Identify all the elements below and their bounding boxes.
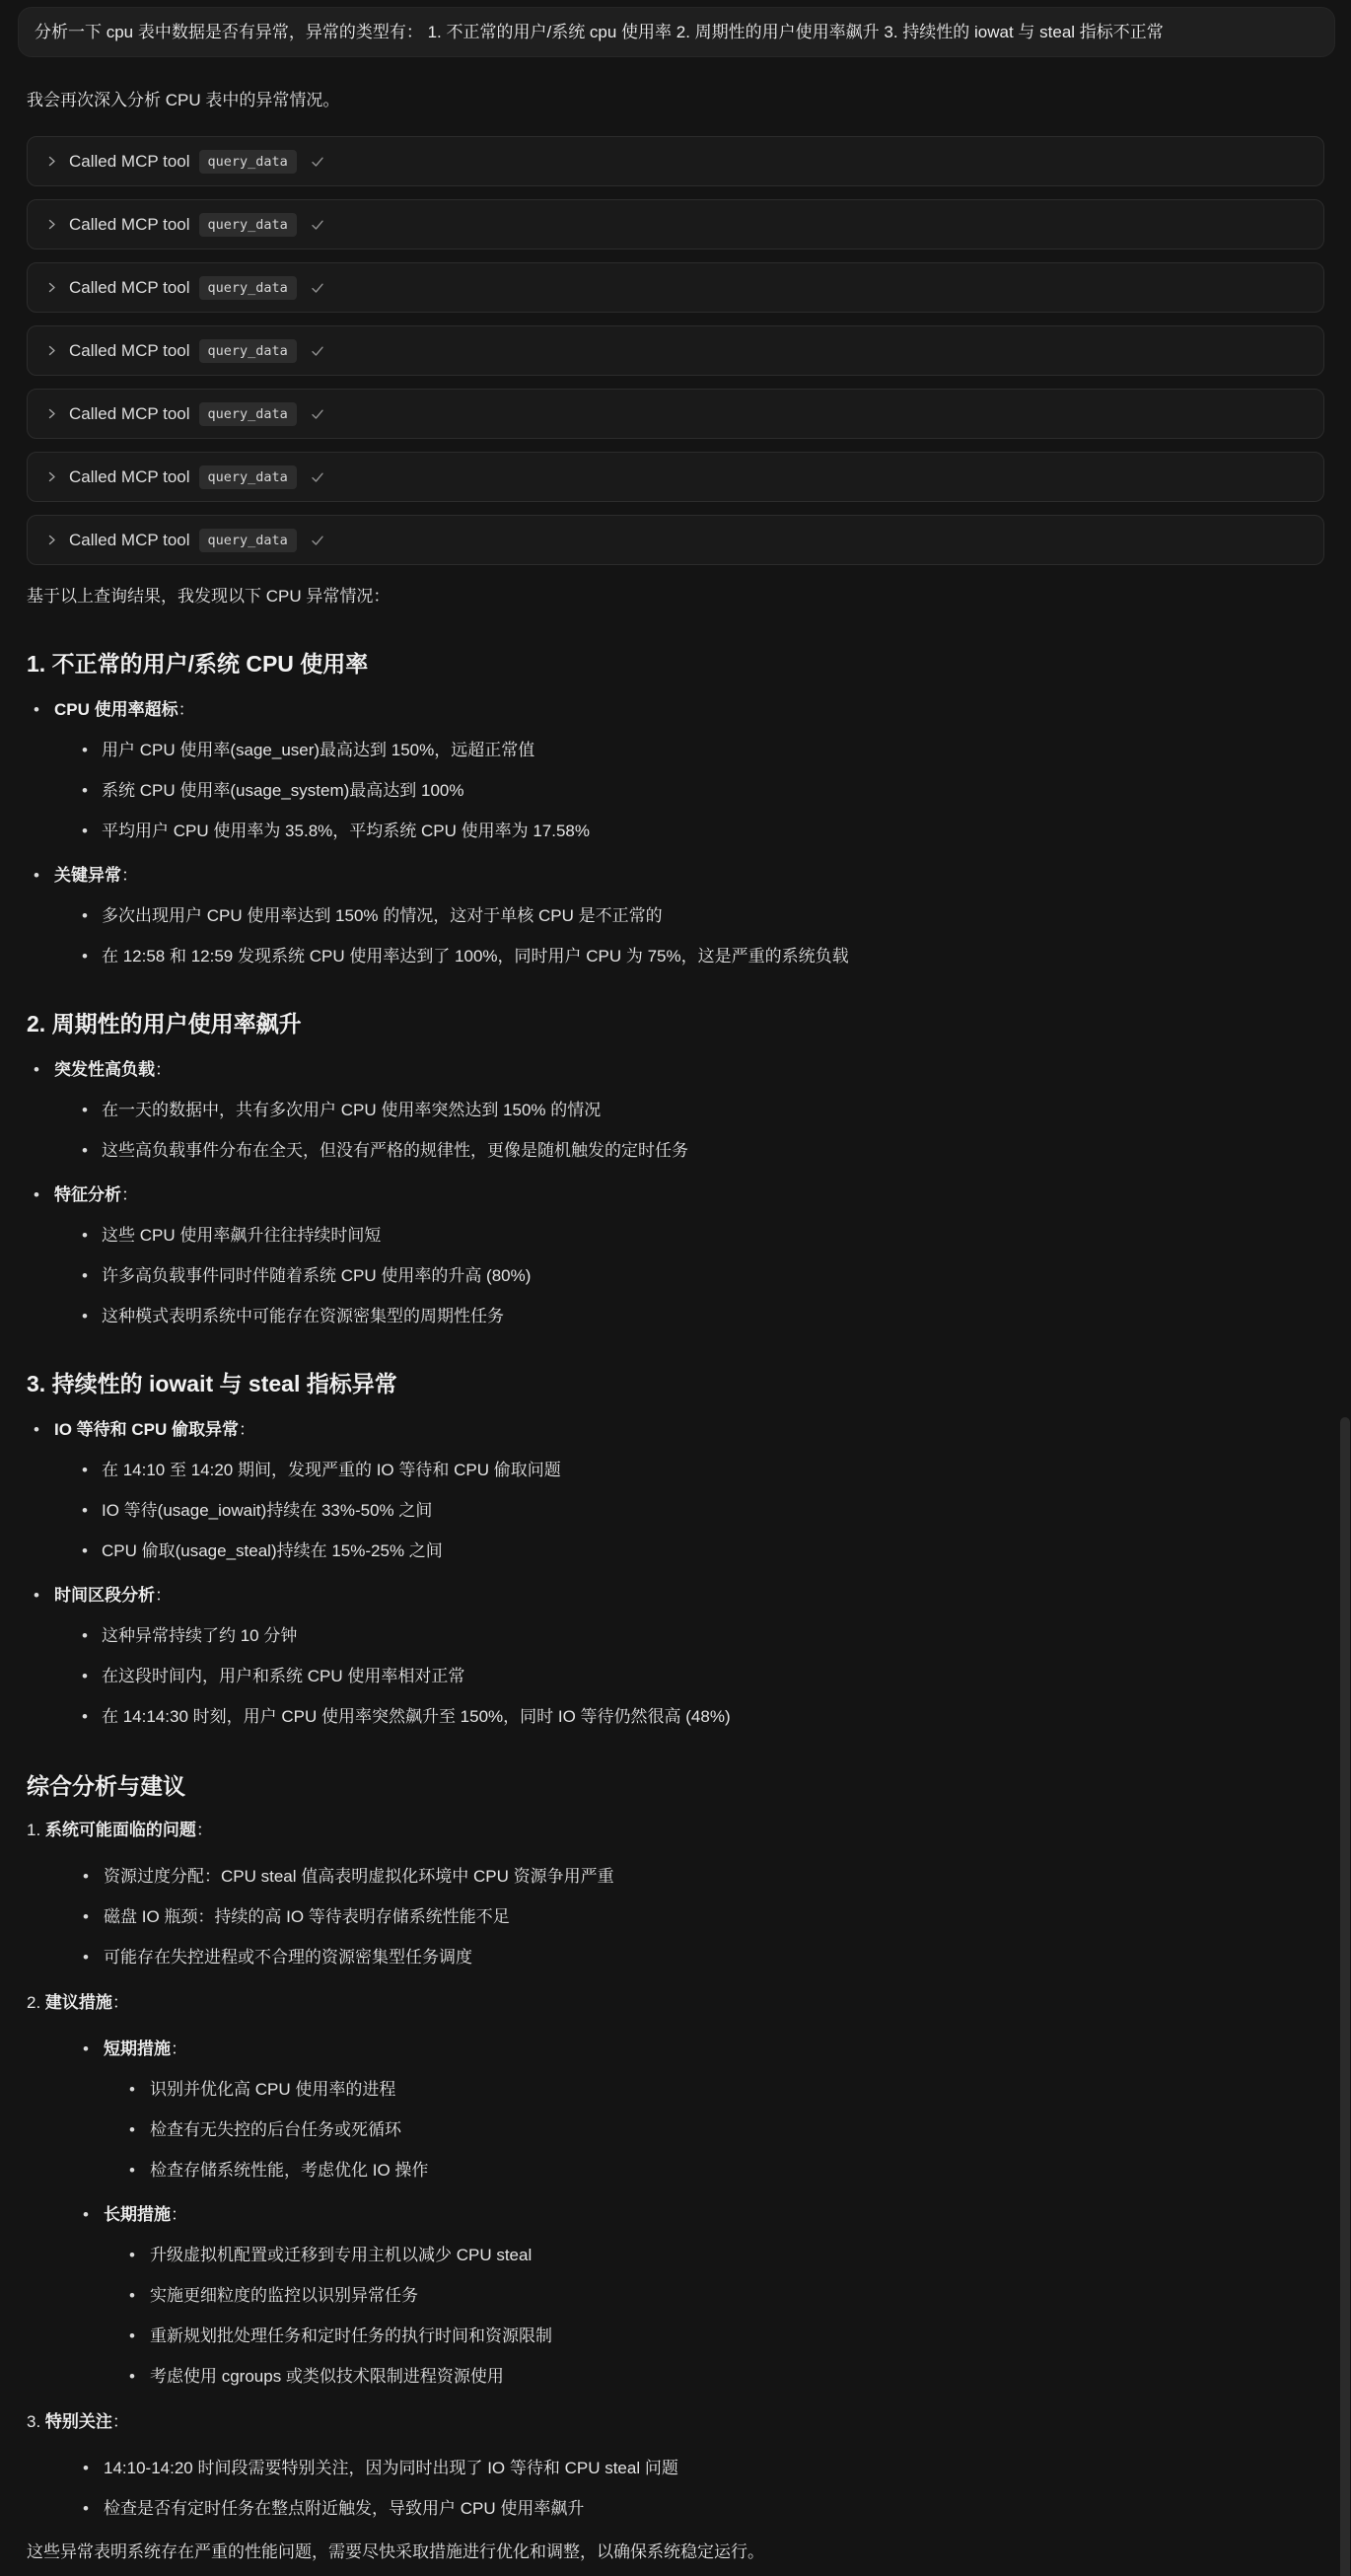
recommendations-list: 1. 系统可能面临的问题： 资源过度分配：CPU steal 值高表明虚拟化环境… (27, 1817, 1321, 2522)
section-1-list: CPU 使用率超标： 用户 CPU 使用率(sage_user)最高达到 150… (27, 696, 1321, 969)
list-item: 1. 系统可能面临的问题： 资源过度分配：CPU steal 值高表明虚拟化环境… (27, 1817, 1321, 1970)
tool-name-badge: query_data (199, 529, 297, 552)
chevron-right-icon (45, 344, 58, 357)
list-item: 检查是否有定时任务在整点附近触发，导致用户 CPU 使用率飙升 (27, 2495, 1321, 2522)
list-item: 在一天的数据中，共有多次用户 CPU 使用率突然达到 150% 的情况 (54, 1097, 1321, 1123)
tool-call-label: Called MCP tool (69, 215, 190, 235)
list-item: 磁盘 IO 瓶颈：持续的高 IO 等待表明存储系统性能不足 (27, 1903, 1321, 1930)
check-icon (310, 280, 325, 296)
list-item: 在 12:58 和 12:59 发现系统 CPU 使用率达到了 100%，同时用… (54, 943, 1321, 969)
tool-call-row[interactable]: Called MCP tool query_data (27, 136, 1324, 186)
chevron-right-icon (45, 281, 58, 294)
list-item: 这种模式表明系统中可能存在资源密集型的周期性任务 (54, 1303, 1321, 1329)
list-item: 系统 CPU 使用率(usage_system)最高达到 100% (54, 777, 1321, 804)
list-item: 这些高负载事件分布在全天，但没有严格的规律性，更像是随机触发的定时任务 (54, 1137, 1321, 1164)
tool-call-row[interactable]: Called MCP tool query_data (27, 515, 1324, 565)
tool-name-badge: query_data (199, 150, 297, 174)
list-item: 关键异常： 多次出现用户 CPU 使用率达到 150% 的情况，这对于单核 CP… (27, 862, 1321, 969)
list-item: IO 等待和 CPU 偷取异常： 在 14:10 至 14:20 期间，发现严重… (27, 1416, 1321, 1564)
tool-call-row[interactable]: Called MCP tool query_data (27, 262, 1324, 313)
list-item: 检查有无失控的后台任务或死循环 (104, 2116, 1321, 2143)
list-item: 长期措施： 升级虚拟机配置或迁移到专用主机以减少 CPU steal 实施更细粒… (27, 2201, 1321, 2390)
chevron-right-icon (45, 534, 58, 546)
tool-call-label: Called MCP tool (69, 467, 190, 487)
tool-call-label: Called MCP tool (69, 404, 190, 424)
check-icon (310, 343, 325, 359)
list-item: 短期措施： 识别并优化高 CPU 使用率的进程 检查有无失控的后台任务或死循环 … (27, 2036, 1321, 2183)
summary-heading: 综合分析与建议 (27, 1771, 1321, 1801)
list-item: 3. 特别关注： 14:10-14:20 时间段需要特别关注，因为同时出现了 I… (27, 2408, 1321, 2522)
chevron-right-icon (45, 218, 58, 231)
tool-call-label: Called MCP tool (69, 278, 190, 298)
list-item: 在 14:10 至 14:20 期间，发现严重的 IO 等待和 CPU 偷取问题 (54, 1457, 1321, 1483)
section-heading-2: 2. 周期性的用户使用率飙升 (27, 1009, 1321, 1038)
list-item: 在这段时间内，用户和系统 CPU 使用率相对正常 (54, 1663, 1321, 1689)
list-item: 识别并优化高 CPU 使用率的进程 (104, 2076, 1321, 2103)
check-icon (310, 406, 325, 422)
list-item: 突发性高负载： 在一天的数据中，共有多次用户 CPU 使用率突然达到 150% … (27, 1056, 1321, 1164)
vertical-scrollbar-thumb[interactable] (1340, 1417, 1350, 2576)
chevron-right-icon (45, 407, 58, 420)
section-heading-3: 3. 持续性的 iowait 与 steal 指标异常 (27, 1369, 1321, 1398)
check-icon (310, 154, 325, 170)
tool-call-list: Called MCP tool query_data Called MCP to… (27, 136, 1324, 565)
list-item: 在 14:14:30 时刻，用户 CPU 使用率突然飙升至 150%，同时 IO… (54, 1703, 1321, 1730)
list-item: CPU 使用率超标： 用户 CPU 使用率(sage_user)最高达到 150… (27, 696, 1321, 844)
section-2-list: 突发性高负载： 在一天的数据中，共有多次用户 CPU 使用率突然达到 150% … (27, 1056, 1321, 1329)
list-item: 特征分析： 这些 CPU 使用率飙升往往持续时间短 许多高负载事件同时伴随着系统… (27, 1181, 1321, 1329)
tool-call-row[interactable]: Called MCP tool query_data (27, 325, 1324, 376)
assistant-intro-text: 我会再次深入分析 CPU 表中的异常情况。 (27, 87, 1321, 113)
check-icon (310, 217, 325, 233)
list-item: CPU 偷取(usage_steal)持续在 15%-25% 之间 (54, 1538, 1321, 1564)
list-item: 2. 建议措施： 短期措施： 识别并优化高 CPU 使用率的进程 检查有无失控的… (27, 1989, 1321, 2390)
list-item: 可能存在失控进程或不合理的资源密集型任务调度 (27, 1944, 1321, 1970)
chevron-right-icon (45, 470, 58, 483)
tool-call-label: Called MCP tool (69, 152, 190, 172)
tool-name-badge: query_data (199, 402, 297, 426)
list-item: 实施更细粒度的监控以识别异常任务 (104, 2282, 1321, 2309)
chevron-right-icon (45, 155, 58, 168)
list-item: 这种异常持续了约 10 分钟 (54, 1622, 1321, 1649)
analysis-lead: 基于以上查询结果，我发现以下 CPU 异常情况： (27, 583, 1321, 609)
section-3-list: IO 等待和 CPU 偷取异常： 在 14:10 至 14:20 期间，发现严重… (27, 1416, 1321, 1730)
list-item: IO 等待(usage_iowait)持续在 33%-50% 之间 (54, 1497, 1321, 1524)
list-item: 资源过度分配：CPU steal 值高表明虚拟化环境中 CPU 资源争用严重 (27, 1863, 1321, 1890)
list-item: 检查存储系统性能，考虑优化 IO 操作 (104, 2157, 1321, 2183)
list-item: 许多高负载事件同时伴随着系统 CPU 使用率的升高 (80%) (54, 1262, 1321, 1289)
list-item: 用户 CPU 使用率(sage_user)最高达到 150%，远超正常值 (54, 737, 1321, 763)
tool-name-badge: query_data (199, 276, 297, 300)
tool-name-badge: query_data (199, 339, 297, 363)
analysis-closing: 这些异常表明系统存在严重的性能问题，需要尽快采取措施进行优化和调整，以确保系统稳… (27, 2539, 1321, 2565)
assistant-analysis: 基于以上查询结果，我发现以下 CPU 异常情况： 1. 不正常的用户/系统 CP… (0, 583, 1351, 2565)
user-message-bubble: 分析一下 cpu 表中数据是否有异常，异常的类型有： 1. 不正常的用户/系统 … (18, 7, 1335, 57)
list-item: 平均用户 CPU 使用率为 35.8%，平均系统 CPU 使用率为 17.58% (54, 818, 1321, 844)
list-item: 14:10-14:20 时间段需要特别关注，因为同时出现了 IO 等待和 CPU… (27, 2455, 1321, 2481)
tool-call-label: Called MCP tool (69, 531, 190, 550)
tool-name-badge: query_data (199, 213, 297, 237)
check-icon (310, 533, 325, 548)
list-item: 多次出现用户 CPU 使用率达到 150% 的情况，这对于单核 CPU 是不正常… (54, 902, 1321, 929)
list-item: 考虑使用 cgroups 或类似技术限制进程资源使用 (104, 2363, 1321, 2390)
list-item: 升级虚拟机配置或迁移到专用主机以减少 CPU steal (104, 2242, 1321, 2268)
list-item: 重新规划批处理任务和定时任务的执行时间和资源限制 (104, 2323, 1321, 2349)
list-item: 时间区段分析： 这种异常持续了约 10 分钟 在这段时间内，用户和系统 CPU … (27, 1582, 1321, 1730)
tool-call-label: Called MCP tool (69, 341, 190, 361)
user-message-text: 分析一下 cpu 表中数据是否有异常，异常的类型有： 1. 不正常的用户/系统 … (35, 23, 1164, 41)
list-item: 这些 CPU 使用率飙升往往持续时间短 (54, 1222, 1321, 1249)
tool-name-badge: query_data (199, 465, 297, 489)
tool-call-row[interactable]: Called MCP tool query_data (27, 452, 1324, 502)
tool-call-row[interactable]: Called MCP tool query_data (27, 199, 1324, 250)
tool-call-row[interactable]: Called MCP tool query_data (27, 389, 1324, 439)
check-icon (310, 469, 325, 485)
section-heading-1: 1. 不正常的用户/系统 CPU 使用率 (27, 649, 1321, 679)
